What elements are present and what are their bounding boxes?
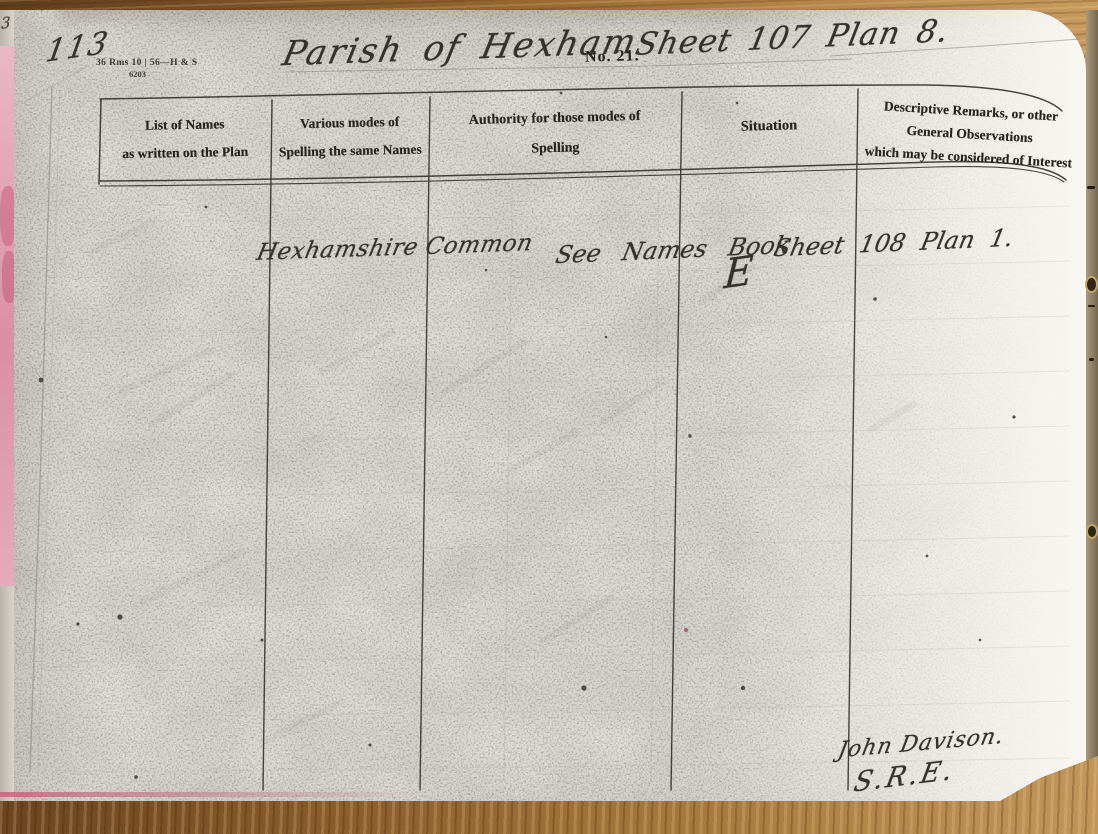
cover-edge-bottom	[0, 792, 430, 797]
edge-mark	[1088, 305, 1095, 307]
page-curl-highlight	[722, 10, 1086, 828]
edge-mark	[1087, 186, 1095, 189]
scanned-ledger-photo: 3 113 36 Rms 10 | 56—H & S 6203 Parish o…	[0, 0, 1098, 834]
binder-hole	[1088, 526, 1096, 537]
binder-hole	[1087, 278, 1096, 291]
edge-mark	[1089, 358, 1094, 361]
scanned-page	[14, 10, 1086, 828]
binding-edge-right	[1086, 10, 1098, 790]
